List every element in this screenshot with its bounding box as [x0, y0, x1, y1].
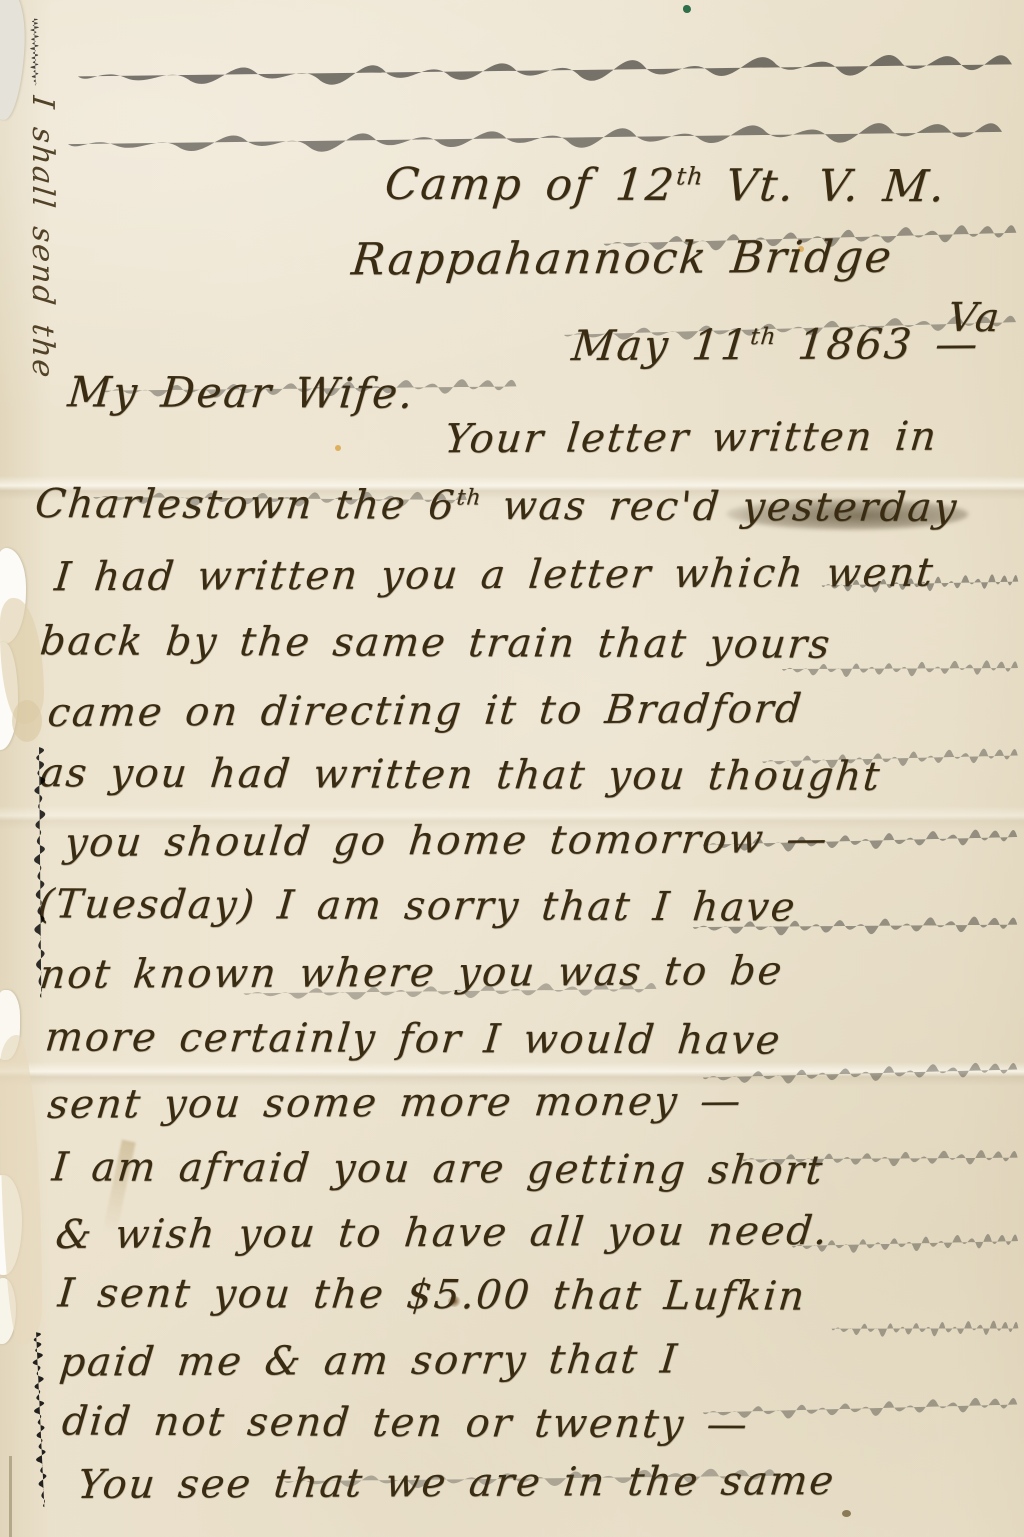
body-line: paid me & am sorry that I	[58, 1336, 681, 1385]
heading-date-pre: May 11	[569, 320, 752, 370]
body-line: you should go home tomorrow —	[62, 816, 830, 866]
body-line: as you had written that you thought	[38, 750, 883, 800]
margin-ink-flourish	[16, 18, 52, 86]
heading-date-ordinal: th	[749, 324, 778, 350]
body-line: back by the same train that yours	[38, 618, 833, 667]
letter-page: Camp of 12th Vt. V. M. Rappahannock Brid…	[0, 0, 1024, 1537]
bleedthrough-mark	[829, 1298, 1020, 1361]
blotted-word: yesterday	[740, 484, 960, 531]
body-line: not known where you was to be	[38, 948, 786, 998]
body-line: sent you some more money —	[46, 1078, 745, 1128]
margin-ink-flourish	[14, 1330, 64, 1509]
fold-crease	[9, 1456, 12, 1537]
heading-camp-post: Vt. V. M.	[700, 160, 948, 212]
ink-speck	[842, 1510, 851, 1517]
heading-camp-ordinal: th	[675, 162, 705, 190]
paper-stain	[12, 700, 42, 742]
charlestown-ordinal: th	[455, 485, 482, 510]
charlestown-mid: was rec'd	[479, 483, 745, 530]
margin-ink-flourish	[16, 745, 62, 1000]
body-line-opening: Your letter written in	[443, 414, 941, 463]
body-line-charlestown: Charlestown the 6th was rec'd yesterday	[33, 481, 960, 531]
body-line: (Tuesday) I am sorry that I have	[36, 881, 799, 930]
green-fiber-speck	[683, 5, 691, 13]
body-line: more certainly for I would have	[43, 1014, 784, 1063]
body-line: I am afraid you are getting short	[50, 1144, 826, 1193]
heading-date-post: 1863 —	[773, 319, 982, 369]
body-line: came on directing it to Bradford	[46, 686, 806, 736]
body-line: & wish you to have all you need.	[53, 1208, 831, 1258]
charlestown-pre: Charlestown the 6	[33, 481, 458, 529]
heading-camp-line: Camp of 12th Vt. V. M.	[383, 159, 949, 212]
body-line: did not send ten or twenty —	[60, 1399, 751, 1448]
body-line: You see that we are in the same	[75, 1458, 837, 1508]
body-line: I sent you the $5.00 that Lufkin	[56, 1270, 808, 1319]
heading-camp-pre: Camp of 12	[383, 159, 678, 211]
heading-place-line: Rappahannock Bridge	[349, 232, 895, 286]
paper-stain	[335, 445, 341, 451]
salutation: My Dear Wife.	[66, 367, 417, 418]
heading-date-line: May 11th 1863 —	[569, 319, 981, 370]
margin-note: I shall send the	[25, 94, 60, 381]
body-line: I had written you a letter which went	[52, 550, 936, 601]
